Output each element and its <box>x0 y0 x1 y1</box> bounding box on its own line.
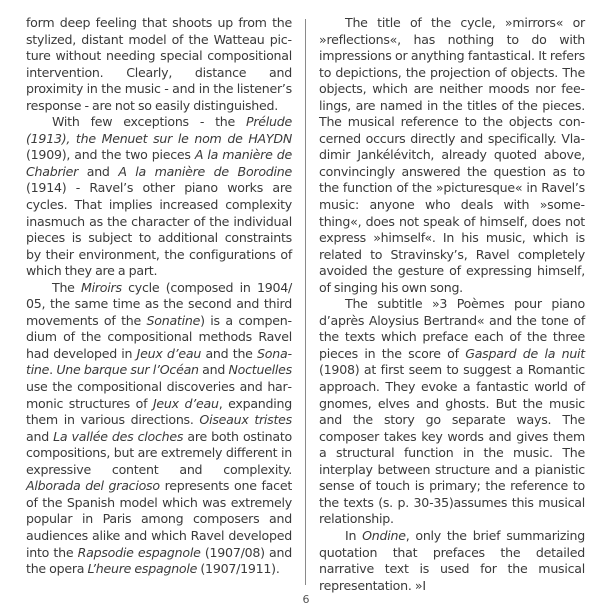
paragraph: In Ondine, only the brief summarizing qu… <box>319 528 585 594</box>
column-divider <box>305 19 306 585</box>
paragraph: The subtitle »3 Poèmes pour piano d’aprè… <box>319 296 585 528</box>
italic-title: L’heure espagnole <box>88 561 198 576</box>
text-segment: (1908) at first seem to suggest a Romant… <box>319 362 585 526</box>
italic-title: Oiseaux tristes <box>199 412 292 427</box>
text-segment: and <box>78 164 118 179</box>
italic-title: Une barque sur l’Océan <box>56 362 198 377</box>
paragraph: The title of the cycle, »mirrors« or »re… <box>319 15 585 296</box>
text-segment: The <box>52 280 81 295</box>
italic-title: A la manière de Borodine <box>118 164 292 179</box>
paragraph: The Miroirs cycle (composed in 1904/ 05,… <box>26 280 292 578</box>
text-segment: and the <box>201 346 257 361</box>
text-segment: In <box>345 528 362 543</box>
italic-title: Miroirs <box>81 280 122 295</box>
paragraph: With few exceptions - the Prélude (1913)… <box>26 114 292 279</box>
text-segment: (1909), and the two pieces <box>26 147 195 162</box>
italic-title: Ondine <box>362 528 406 543</box>
left-column: form deep feeling that shoots up from th… <box>26 15 292 578</box>
italic-title: Sonatine <box>147 313 201 328</box>
italic-title: Rap­sodie espagnole <box>78 545 201 560</box>
italic-title: Jeux d’eau <box>137 346 201 361</box>
page-number: 6 <box>300 593 312 606</box>
text-segment: (1914) - Ravel’s other piano works are c… <box>26 180 292 278</box>
right-column: The title of the cycle, »mirrors« or »re… <box>319 15 585 594</box>
text-segment: The title of the cycle, »mirrors« or »re… <box>319 15 585 295</box>
italic-title: Gaspard de la nuit <box>465 346 585 361</box>
italic-title: Alborada del gracioso <box>26 478 160 493</box>
text-segment: (1907/1911). <box>197 561 279 576</box>
italic-title: Jeux d’eau <box>153 396 219 411</box>
text-segment: form deep feeling that shoots up from th… <box>26 15 292 113</box>
italic-title: La vallée des cloches <box>53 429 183 444</box>
italic-title: Noctuelles <box>228 362 292 377</box>
text-segment: With few exceptions - the <box>52 114 246 129</box>
paragraph: form deep feeling that shoots up from th… <box>26 15 292 114</box>
text-segment: and <box>26 429 53 444</box>
text-segment: and <box>199 362 229 377</box>
